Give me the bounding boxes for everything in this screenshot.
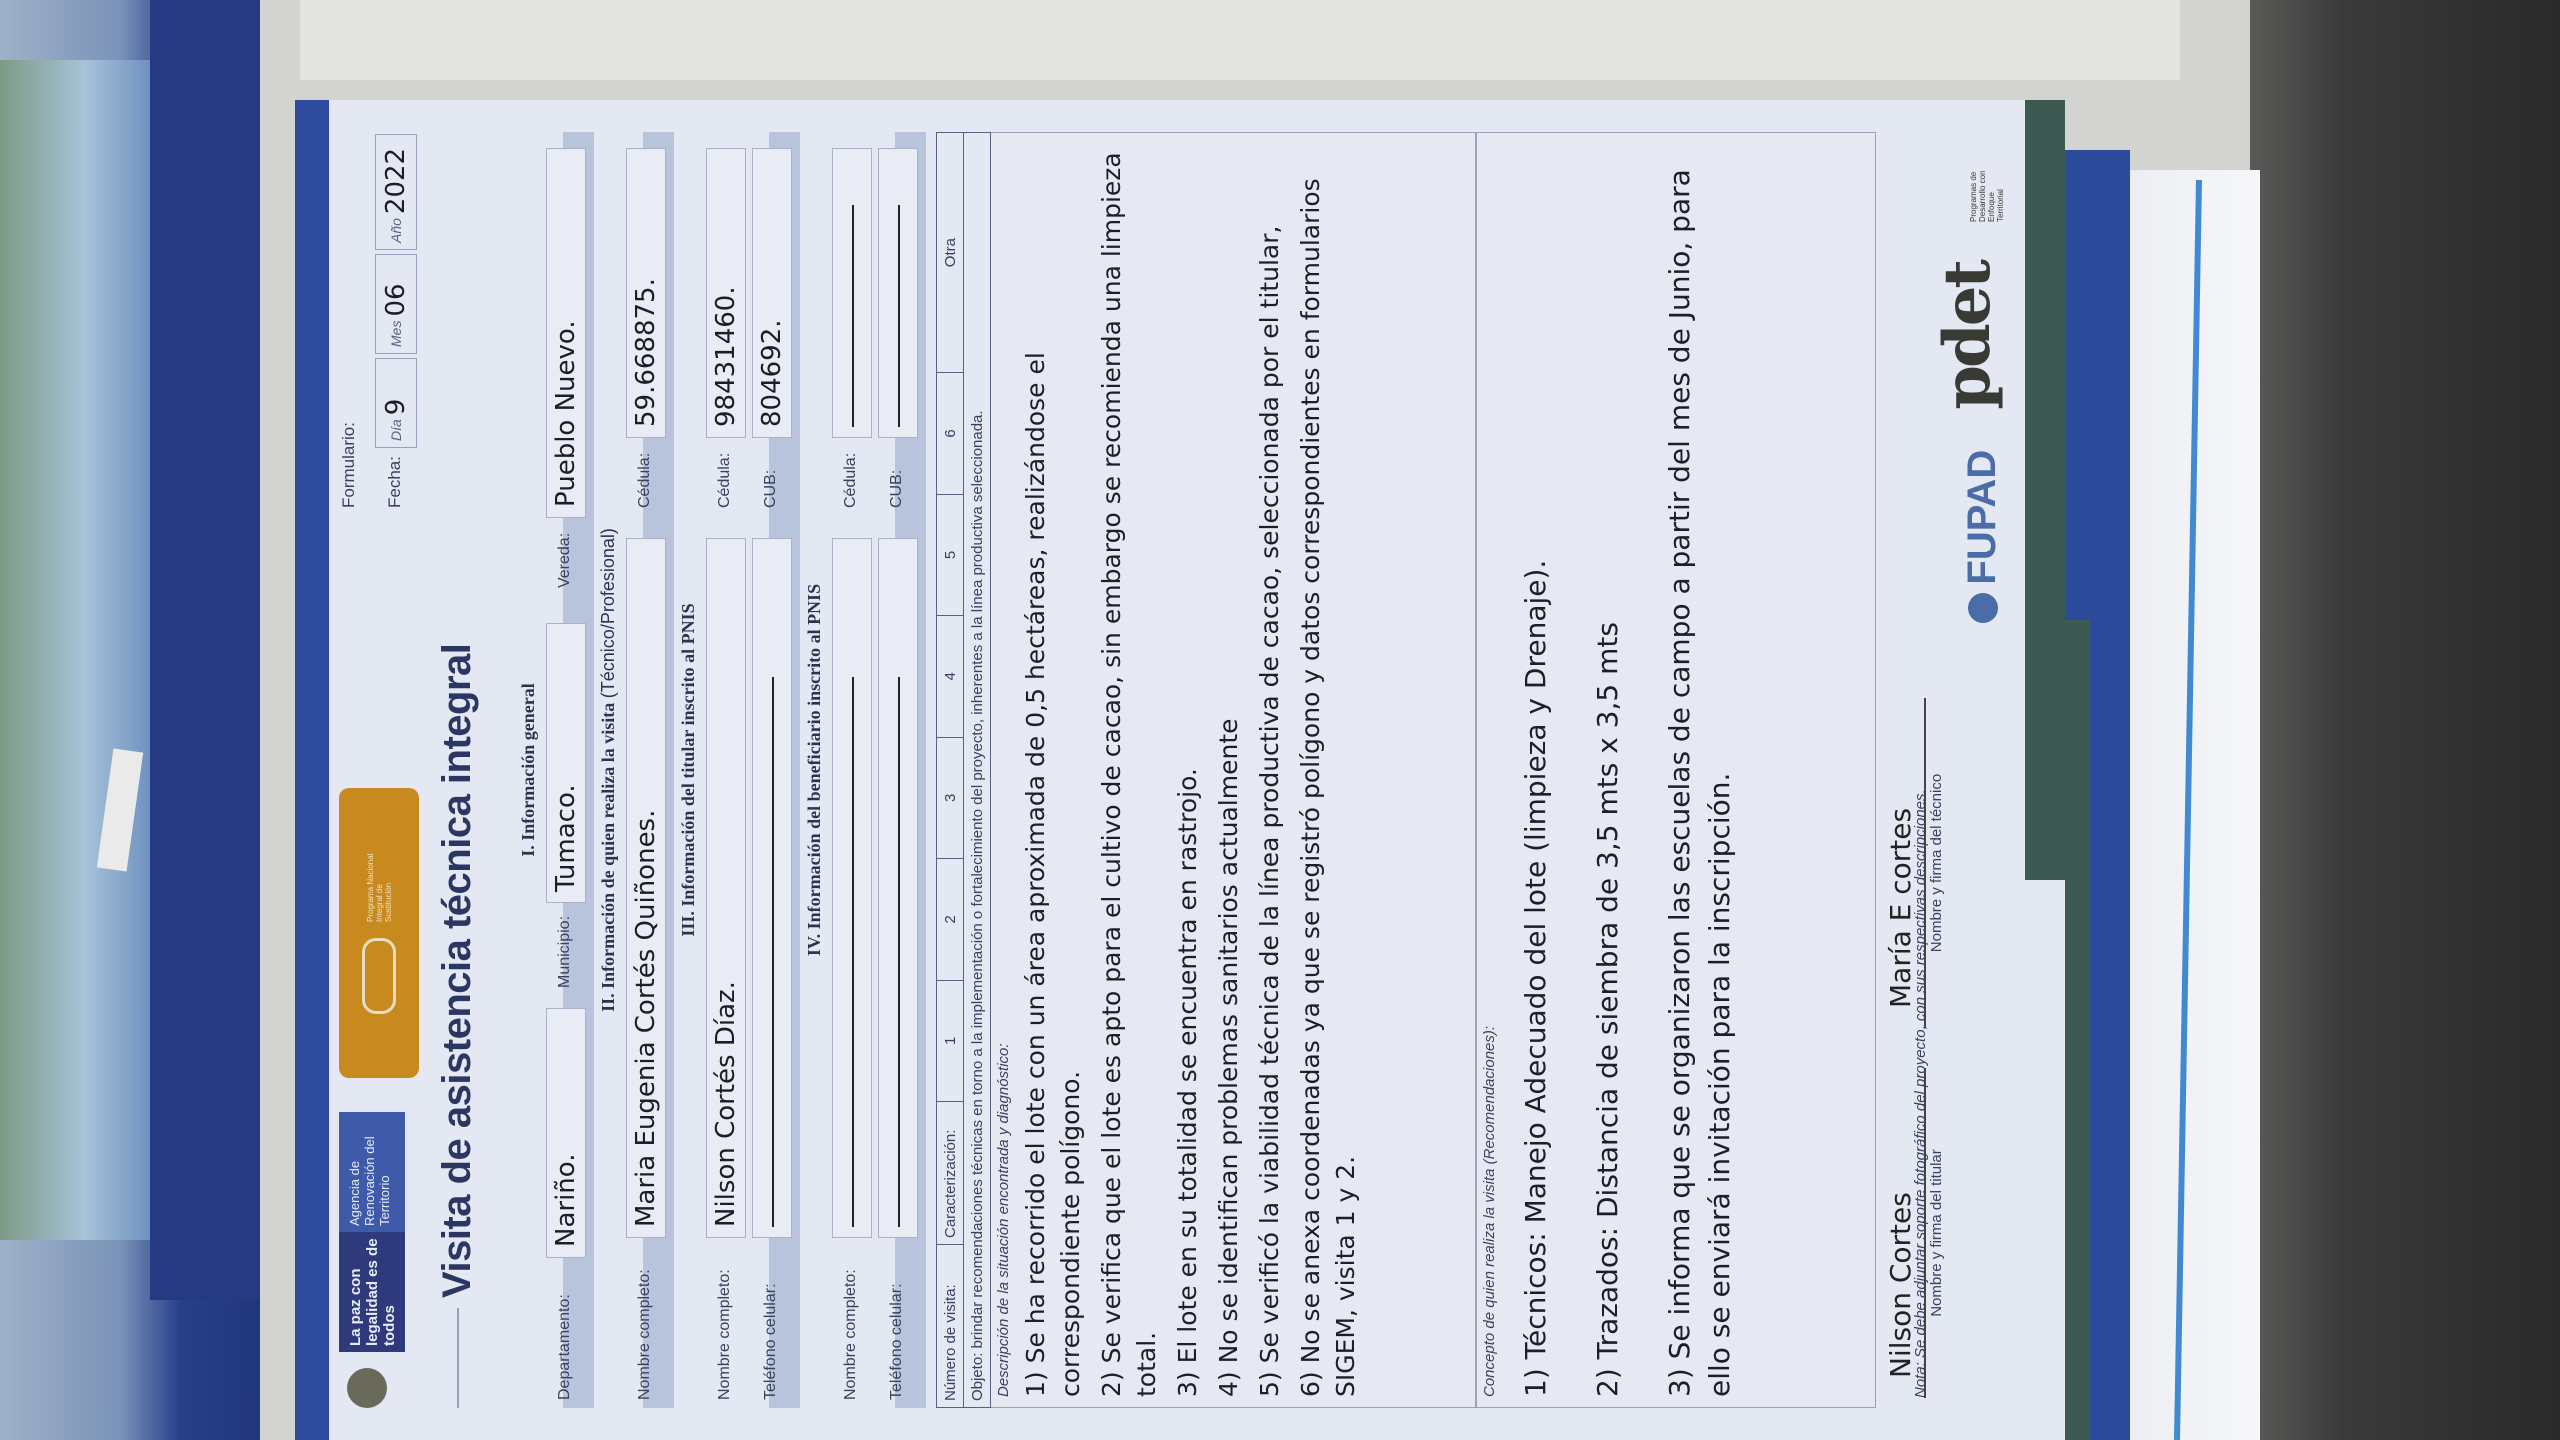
beneficiario-cedula-label: Cédula: (842, 453, 860, 508)
objeto-text: Objeto: brindar recomendaciones técnicas… (964, 133, 991, 1408)
concepto-label: Concepto de quien realiza la visita (Rec… (1481, 143, 1498, 1397)
concepto-box[interactable]: Concepto de quien realiza la visita (Rec… (1476, 132, 1876, 1408)
paz-legalidad-logo: La paz con legalidad es de todos (339, 1232, 405, 1352)
descripcion-item: 3) El lote en su totalidad se encuentra … (1170, 143, 1205, 1397)
titular-nombre-field[interactable]: Nilson Cortés Díaz. (706, 538, 746, 1238)
pnis-logo: Programa Nacional Integral de Sustitució… (339, 788, 419, 1078)
fecha-mes-field[interactable]: Mes 06 (375, 254, 417, 354)
visit-1-cell[interactable]: 1 (937, 980, 964, 1101)
tecnico-nombre-field[interactable]: Maria Eugenia Cortés Quiñones. (626, 538, 666, 1238)
section-1-row: Departamento: Nariño. Municipio: Tumaco.… (542, 132, 594, 1408)
descripcion-box[interactable]: Descripción de la situación encontrada y… (991, 132, 1476, 1408)
section-4-row-2: Teléfono celular: CUB: (874, 132, 926, 1408)
form-photo: La paz con legalidad es de todos Agencia… (295, 100, 2065, 1440)
section-4-row-1: Nombre completo: Cédula: (828, 132, 874, 1408)
section-3-heading: III. Información del titular inscrito al… (674, 132, 702, 1408)
visit-3-cell[interactable]: 3 (937, 737, 964, 858)
tecnico-cedula-field[interactable]: 59.668875. (626, 148, 666, 438)
descripcion-label: Descripción de la situación encontrada y… (995, 143, 1012, 1397)
visit-4-cell[interactable]: 4 (937, 616, 964, 737)
globe-icon (1968, 593, 1998, 623)
visit-5-cell[interactable]: 5 (937, 494, 964, 615)
beneficiario-cedula-field[interactable] (832, 148, 872, 438)
descripcion-item: 5) Se verificó la viabilidad técnica de … (1252, 143, 1287, 1397)
visit-number-table: Número de visita: Caracterización: 1 2 3… (936, 132, 991, 1408)
section-3-row-2: Teléfono celular: CUB: 804692. (748, 132, 800, 1408)
beneficiario-cub-label: CUB: (888, 470, 906, 508)
section-3-row-1: Nombre completo: Nilson Cortés Díaz. Céd… (702, 132, 748, 1408)
fupad-logo: FUPAD (1960, 450, 2005, 623)
title-rule (457, 1308, 459, 1408)
numero-visita-label: Número de visita: (937, 1245, 964, 1408)
visit-otra-cell[interactable]: Otra (937, 133, 964, 373)
colombia-seal-icon (347, 1368, 387, 1408)
titular-cub-field[interactable]: 804692. (752, 148, 792, 438)
pdet-subtitle: Programas de Desarrollo con Enfoque Terr… (1969, 162, 2005, 222)
tecnico-cedula-label: Cédula: (636, 453, 654, 508)
section-4-heading: IV. Información del beneficiario inscrit… (800, 132, 828, 1408)
titular-telefono-label: Teléfono celular: (762, 1283, 780, 1400)
descripcion-item: 1) Se ha recorrido el lote con un área a… (1018, 143, 1088, 1397)
blue-folder (150, 0, 270, 1300)
beneficiario-nombre-field[interactable] (832, 538, 872, 1238)
titular-signature-caption: Nombre y firma del titular (1928, 1068, 1945, 1398)
section-2-row: Nombre completo: Maria Eugenia Cortés Qu… (622, 132, 674, 1408)
titular-signature: Nilson Cortes (1884, 1068, 1926, 1398)
art-agency-logo: Agencia de Renovación del Territorio (339, 1112, 405, 1232)
beneficiario-telefono-field[interactable] (878, 538, 918, 1238)
caracterizacion-cell[interactable]: Caracterización: (937, 1102, 964, 1245)
descripcion-item: 2) Se verifica que el lote es apto para … (1094, 143, 1164, 1397)
tabletop-edge (300, 0, 2180, 80)
titular-telefono-field[interactable] (752, 538, 792, 1238)
municipio-field[interactable]: Tumaco. (546, 623, 586, 903)
tecnico-nombre-label: Nombre completo: (636, 1269, 654, 1400)
form-header: La paz con legalidad es de todos Agencia… (339, 132, 514, 1408)
technical-visit-form: La paz con legalidad es de todos Agencia… (295, 100, 2065, 1440)
section-2-heading: II. Información de quien realiza la visi… (594, 132, 622, 1408)
visit-6-cell[interactable]: 6 (937, 373, 964, 494)
municipio-label: Municipio: (556, 916, 574, 988)
beneficiario-telefono-label: Teléfono celular: (888, 1283, 906, 1400)
beneficiario-cub-field[interactable] (878, 148, 918, 438)
footer-logos: FUPAD pdet Programas de Desarrollo con E… (1930, 162, 2005, 623)
titular-cub-label: CUB: (762, 470, 780, 508)
vereda-label: Vereda: (556, 533, 574, 588)
fecha-anio-field[interactable]: Año 2022 (375, 134, 417, 250)
form-title: Visita de asistencia técnica integral (435, 644, 480, 1298)
section-1-heading: I. Información general (514, 132, 542, 1408)
descripcion-item: 6) No se anexa coordenadas ya que se reg… (1293, 143, 1363, 1397)
formulario-label: Formulario: (339, 422, 359, 508)
pdet-logo: pdet (1930, 262, 2005, 410)
titular-cedula-field[interactable]: 98431460. (706, 148, 746, 438)
departamento-field[interactable]: Nariño. (546, 1008, 586, 1258)
dark-floor (2250, 0, 2560, 1440)
fecha-label: Fecha: (385, 456, 405, 508)
visit-2-cell[interactable]: 2 (937, 859, 964, 980)
titular-nombre-label: Nombre completo: (716, 1269, 734, 1400)
titular-cedula-label: Cédula: (716, 453, 734, 508)
departamento-label: Departamento: (556, 1294, 574, 1400)
form-footer-band (2025, 100, 2065, 880)
tecnico-signature-block: María E cortes Nombre y firma del técnic… (1884, 698, 1945, 1028)
beneficiario-nombre-label: Nombre completo: (842, 1269, 860, 1400)
concepto-item: 2) Trazados: Distancia de siembra de 3,5… (1588, 143, 1628, 1397)
descripcion-item: 4) No se identifican problemas sanitario… (1211, 143, 1246, 1397)
concepto-item: 1) Técnicos: Manejo Adecuado del lote (l… (1516, 143, 1556, 1397)
tecnico-signature: María E cortes (1884, 698, 1926, 1028)
fecha-dia-field[interactable]: Día 9 (375, 358, 417, 448)
concepto-item: 3) Se informa que se organizaron las esc… (1660, 143, 1740, 1397)
swirl-icon (362, 938, 396, 1014)
vereda-field[interactable]: Pueblo Nuevo. (546, 148, 586, 518)
titular-signature-block: Nilson Cortes Nombre y firma del titular (1884, 1068, 1945, 1398)
tecnico-signature-caption: Nombre y firma del técnico (1928, 698, 1945, 1028)
light-folder (0, 60, 170, 1240)
form-top-band (295, 100, 329, 1440)
